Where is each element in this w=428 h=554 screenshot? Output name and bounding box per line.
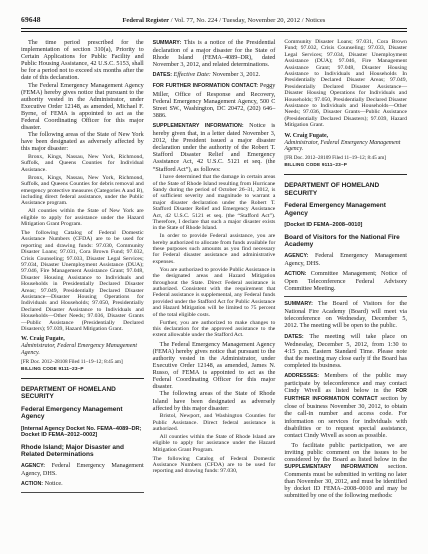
fr-doc-line: [FR Doc. 2012–28108 Filed 11–19–12; 8:45… (21, 359, 144, 365)
paragraph: The time period prescribed for the imple… (21, 39, 144, 82)
public-participation-paragraph: To facilitate public participation, we a… (284, 442, 407, 500)
designation-paragraph: All counties within the State of Rhode I… (153, 434, 276, 453)
quoted-paragraph: You are authorized to provide Public Ass… (153, 267, 276, 318)
column-3: Community Disaster Loans; 97.031, Cora B… (284, 39, 407, 500)
signature-name: W. Craig Fugate, (21, 336, 144, 343)
agency-heading: Federal Emergency Management Agency (284, 202, 407, 217)
signature-title: Administrator, Federal Emergency Managem… (21, 343, 144, 356)
dates-block: DATES: The meeting will take place on We… (284, 333, 407, 369)
supplementary-text: Notice is hereby given that, in a letter… (153, 122, 276, 173)
addresses-label: ADDRESSES: (284, 373, 319, 379)
summary-block: SUMMARY: The Board of Visitors for the N… (284, 300, 407, 329)
agency-label: AGENCY: (21, 463, 45, 469)
quoted-paragraph: In order to provide Federal assistance, … (153, 233, 276, 265)
addresses-block: ADDRESSES: Members of the public may par… (284, 372, 407, 439)
contact-label: FOR FURTHER INFORMATION CONTACT: (153, 83, 258, 89)
billing-code: BILLING CODE 9111–23–P (21, 366, 144, 372)
journal-title: Federal Register (122, 17, 169, 24)
column-1: The time period prescribed for the imple… (21, 39, 144, 496)
cfda-paragraph: The following Catalog of Federal Domesti… (21, 230, 144, 333)
column-2: SUMMARY: This is a notice of the Preside… (153, 39, 276, 475)
dates-block: DATES: Effective Date: November 3, 2012. (153, 71, 276, 79)
agency-label: AGENCY: (284, 253, 308, 259)
paragraph: The Federal Emergency Management Agency … (153, 341, 276, 391)
section-divider (21, 378, 144, 379)
designation-paragraph: Bronx, Kings, Nassau, New York, Richmond… (21, 175, 144, 207)
quoted-paragraph: Further, you are authorized to make chan… (153, 320, 276, 339)
department-heading: DEPARTMENT OF HOMELAND SECURITY (21, 386, 144, 401)
supplementary-block: SUPPLEMENTARY INFORMATION: Notice is her… (153, 122, 276, 173)
department-heading: DEPARTMENT OF HOMELAND SECURITY (284, 182, 407, 197)
inline-supplementary-reference: SUPPLEMENTARY INFORMATION (284, 464, 378, 470)
cfda-paragraph-continued: Community Disaster Loans; 97.031, Cora B… (284, 39, 407, 129)
action-line: ACTION: Notice. (21, 480, 144, 488)
supplementary-label: SUPPLEMENTARY INFORMATION: (153, 123, 244, 129)
summary-label: SUMMARY: (153, 40, 182, 46)
dates-effective-date: Effective Date: (174, 71, 211, 78)
preamble-divider (21, 492, 144, 493)
section-divider (284, 174, 407, 175)
page-number: 69648 (21, 15, 41, 24)
action-line: ACTION: Committee Management; Notice of … (284, 270, 407, 292)
agency-heading: Federal Emergency Management Agency (21, 406, 144, 421)
preamble-divider (284, 296, 407, 297)
paragraph: The following areas of the State of New … (21, 131, 144, 152)
journal-meta: / Vol. 77, No. 224 / Tuesday, November 2… (171, 17, 326, 24)
fr-doc-line: [FR Doc. 2012–28109 Filed 11–19–12; 8:45… (284, 155, 407, 161)
dates-label: DATES: (284, 334, 303, 340)
journal-line: Federal Register / Vol. 77, No. 224 / Tu… (41, 17, 407, 24)
agency-line: AGENCY: Federal Emergency Management Age… (284, 252, 407, 267)
action-label: ACTION: (284, 271, 306, 277)
notice-title: Rhode Island; Major Disaster and Related… (21, 444, 144, 459)
agency-line: AGENCY: Federal Emergency Management Age… (21, 462, 144, 477)
quoted-paragraph: I have determined that the damage in cer… (153, 174, 276, 232)
summary-label: SUMMARY: (284, 301, 313, 307)
action-value: Notice. (45, 480, 63, 487)
signature-name: W. Craig Fugate, (284, 133, 407, 140)
designation-paragraph: All counties within the State of New Yor… (21, 208, 144, 227)
contact-block: FOR FURTHER INFORMATION CONTACT: Peggy M… (153, 82, 276, 118)
billing-code: BILLING CODE 9111–23–P (284, 162, 407, 168)
docket-line: [Internal Agency Docket No. FEMA–4089–DR… (21, 426, 144, 439)
designation-paragraph: Bronx, Kings, Nassau, New York, Richmond… (21, 154, 144, 173)
dates-label: DATES: (153, 72, 172, 78)
designation-paragraph: Bristol, Newport, and Washington Countie… (153, 413, 276, 432)
docket-line: [Docket ID FEMA–2008–0010] (284, 222, 407, 229)
participation-text: To facilitate public participation, we a… (284, 442, 407, 463)
page-columns: The time period prescribed for the imple… (0, 32, 428, 500)
summary-block: SUMMARY: This is a notice of the Preside… (153, 39, 276, 68)
paragraph: The Federal Emergency Management Agency … (21, 82, 144, 132)
notice-title: Board of Visitors for the National Fire … (284, 234, 407, 249)
cfda-paragraph: The following Catalog of Federal Domesti… (153, 456, 276, 475)
paragraph: The following areas of the State of Rhod… (153, 390, 276, 411)
action-label: ACTION: (21, 481, 43, 487)
page-header: 69648 Federal Register / Vol. 77, No. 22… (0, 0, 428, 26)
dates-text: November 3, 2012. (212, 71, 260, 78)
signature-title: Administrator, Federal Emergency Managem… (284, 140, 407, 153)
